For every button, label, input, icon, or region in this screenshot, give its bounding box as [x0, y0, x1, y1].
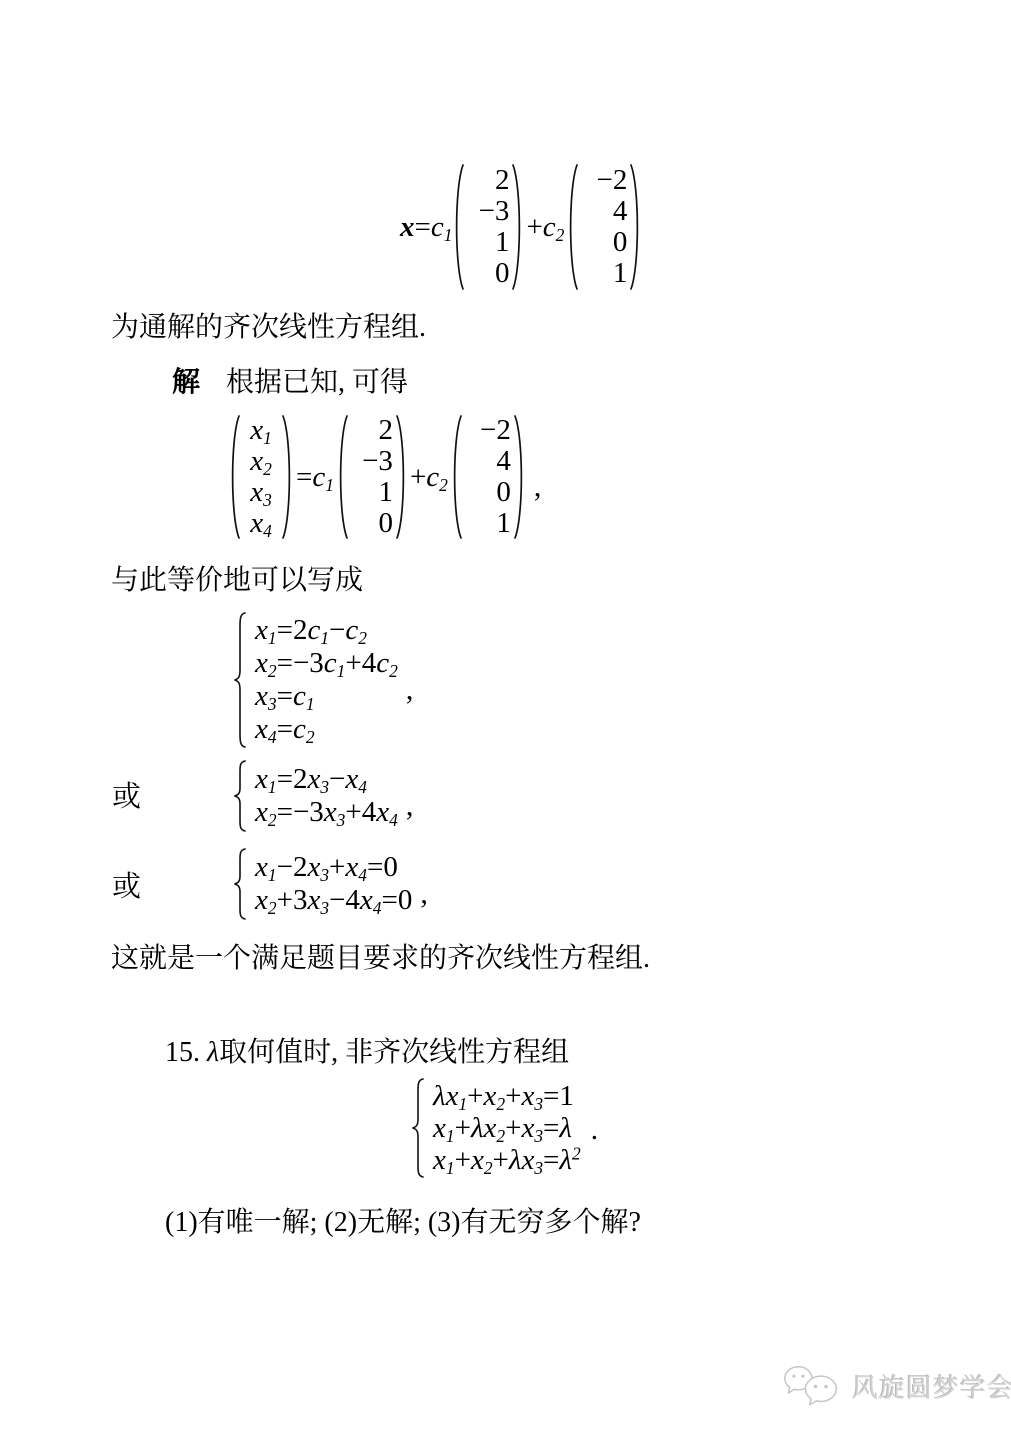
vector-cell: 2: [349, 415, 395, 446]
eq-vector-mid2: +c2: [410, 461, 448, 494]
watermark-text: 风旋圆梦学会: [852, 1368, 1011, 1405]
vector-cell: 1: [579, 258, 629, 289]
vector-cell: −2: [463, 415, 513, 446]
vector-1: 2 −3 1 0: [465, 165, 511, 289]
right-paren: [281, 414, 294, 540]
display-equation-general-solution: x=c1 2 −3 1 0 +c2 −2 4 0 1: [400, 163, 642, 291]
system-lambda: λx1+x2+x3=1 x1+λx2+x3=λ x1+x2+λx3=λ2 .: [410, 1078, 598, 1178]
or-label-2: 或: [112, 864, 141, 905]
system-lines: x1=2x3−x4 x2=−3x3+4x4: [255, 763, 398, 829]
equation-line: x1=2c1−c2: [255, 614, 398, 647]
vector-cell: x1: [241, 415, 281, 446]
right-paren: [511, 163, 524, 291]
equation-line: x2=−3x3+4x4: [255, 796, 398, 829]
vector-cell: x2: [241, 446, 281, 477]
trailing-comma: ,: [406, 673, 414, 707]
vector-cell: x4: [241, 508, 281, 539]
left-paren: [452, 163, 465, 291]
left-paren: [228, 414, 241, 540]
or-label-1: 或: [112, 774, 141, 815]
vector-1: 2 −3 1 0: [349, 415, 395, 539]
right-paren: [395, 414, 408, 540]
vector-cell: 1: [349, 477, 395, 508]
solution-text: 根据已知, 可得: [226, 367, 408, 398]
eq-vector-mid1: =c1: [296, 461, 334, 494]
wechat-icon: [782, 1364, 842, 1408]
system-c-form: x1=2c1−c2 x2=−3c1+4c2 x3=c1 x4=c2 ,: [232, 612, 413, 748]
trailing-comma: ,: [420, 877, 428, 911]
watermark: 风旋圆梦学会: [782, 1364, 1011, 1408]
vector-cell: 0: [349, 508, 395, 539]
paragraph-intro: 为通解的齐次线性方程组.: [111, 305, 426, 345]
system-x-form: x1=2x3−x4 x2=−3x3+4x4 ,: [232, 760, 413, 832]
paragraph-conclusion: 这就是一个满足题目要求的齐次线性方程组.: [111, 936, 650, 976]
vector-cell: 4: [579, 196, 629, 227]
vector-2: −2 4 0 1: [579, 165, 629, 289]
system-homogeneous: x1−2x3+x4=0 x2+3x3−4x4=0 ,: [232, 848, 428, 920]
right-paren: [629, 163, 642, 291]
vector-cell: −3: [465, 196, 511, 227]
system-lines: x1−2x3+x4=0 x2+3x3−4x4=0: [255, 851, 412, 917]
trailing-comma: ,: [406, 789, 414, 823]
questions-line: (1)有唯一解; (2)无解; (3)有无穷多个解?: [165, 1200, 641, 1240]
equation-line: x1+x2+λx3=λ2: [433, 1144, 581, 1176]
equation-line: x1−2x3+x4=0: [255, 851, 412, 884]
system-lines: x1=2c1−c2 x2=−3c1+4c2 x3=c1 x4=c2: [255, 614, 398, 746]
left-paren: [566, 163, 579, 291]
equation-line: x2+3x3−4x4=0: [255, 884, 412, 917]
left-paren: [450, 414, 463, 540]
eq-general-lhs: x=c1: [400, 211, 452, 244]
solution-line: 解根据已知, 可得: [172, 360, 408, 400]
vector-cell: 1: [465, 227, 511, 258]
left-brace: [232, 612, 247, 748]
vector-cell: 0: [579, 227, 629, 258]
eq-general-mid: +c2: [526, 211, 564, 244]
left-brace: [232, 848, 247, 920]
vector-cell: 0: [463, 477, 513, 508]
vector-cell: −3: [349, 446, 395, 477]
vector-2: −2 4 0 1: [463, 415, 513, 539]
vector-cell: −2: [579, 165, 629, 196]
solution-label: 解: [172, 367, 200, 398]
left-paren: [336, 414, 349, 540]
equation-line: x2=−3c1+4c2: [255, 647, 398, 680]
problem-15-heading: 15. λ取何值时, 非齐次线性方程组: [165, 1030, 569, 1070]
equation-line: x1=2x3−x4: [255, 763, 398, 796]
vector-cell: x3: [241, 477, 281, 508]
equation-line: x4=c2: [255, 713, 398, 746]
vector-cell: 4: [463, 446, 513, 477]
equation-line: x3=c1: [255, 680, 398, 713]
system-lines: λx1+x2+x3=1 x1+λx2+x3=λ x1+x2+λx3=λ2: [433, 1080, 581, 1176]
paragraph-equivalent: 与此等价地可以写成: [111, 558, 363, 598]
equation-line: x1+λx2+x3=λ: [433, 1112, 581, 1144]
vector-cell: 2: [465, 165, 511, 196]
trailing-period: .: [591, 1113, 599, 1147]
right-paren: [513, 414, 526, 540]
left-brace: [232, 760, 247, 832]
vector-cell: 1: [463, 508, 513, 539]
display-equation-vector-form: x1 x2 x3 x4 =c1 2 −3 1 0 +c2 −2 4 0 1 ,: [228, 414, 541, 540]
trailing-comma: ,: [534, 470, 542, 504]
vector-cell: 0: [465, 258, 511, 289]
equation-line: λx1+x2+x3=1: [433, 1080, 581, 1112]
left-brace: [410, 1078, 425, 1178]
unknowns-vector: x1 x2 x3 x4: [241, 415, 281, 539]
document-page: x=c1 2 −3 1 0 +c2 −2 4 0 1 为通解的齐次线性方程组. …: [0, 0, 1011, 1431]
